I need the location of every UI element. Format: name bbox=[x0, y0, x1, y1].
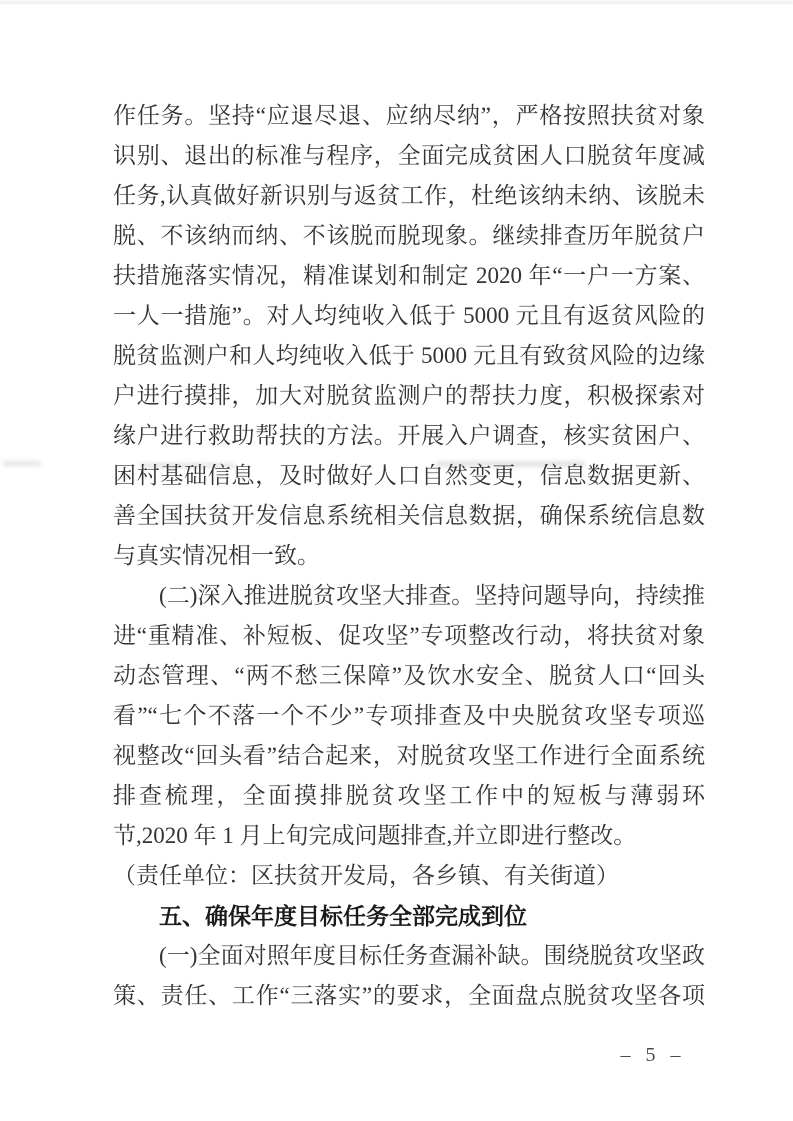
text-line: （责任单位：区扶贫开发局，各乡镇、有关街道） bbox=[113, 856, 705, 896]
text-line: 识别、退出的标准与程序，全面完成贫困人口脱贫年度减贫 bbox=[113, 136, 705, 176]
section-heading: 五、确保年度目标任务全部完成到位 bbox=[113, 896, 705, 936]
text-line: 善全国扶贫开发信息系统相关信息数据，确保系统信息数据 bbox=[113, 496, 705, 536]
text-line: 户进行摸排，加大对脱贫监测户的帮扶力度，积极探索对边 bbox=[113, 376, 705, 416]
text-line: 作任务。坚持“应退尽退、应纳尽纳”，严格按照扶贫对象 bbox=[113, 96, 705, 136]
text-line: 脱贫监测户和人均纯收入低于 5000 元且有致贫风险的边缘 bbox=[113, 336, 705, 376]
text-line: (二)深入推进脱贫攻坚大排查。坚持问题导向，持续推 bbox=[113, 576, 705, 616]
text-line: (一)全面对照年度目标任务查漏补缺。围绕脱贫攻坚政 bbox=[113, 936, 705, 976]
text-line: 看”“七个不落一个不少”专项排查及中央脱贫攻坚专项巡 bbox=[113, 696, 705, 736]
text-line: 脱、不该纳而纳、不该脱而脱现象。继续排查历年脱贫户帮 bbox=[113, 216, 705, 256]
text-line: 一人一措施”。对人均纯收入低于 5000 元且有返贫风险的 bbox=[113, 296, 705, 336]
text-line: 与真实情况相一致。 bbox=[113, 536, 705, 576]
text-line: 困村基础信息，及时做好人口自然变更，信息数据更新、完 bbox=[113, 456, 705, 496]
scan-artifact-top-line bbox=[0, 1, 793, 4]
text-line: 缘户进行救助帮扶的方法。开展入户调查，核实贫困户、贫 bbox=[113, 416, 705, 456]
text-line: 排查梳理，全面摸排脱贫攻坚工作中的短板与薄弱环 bbox=[113, 776, 705, 816]
text-line: 节,2020 年 1 月上旬完成问题排查,并立即进行整改。 bbox=[113, 816, 705, 856]
document-body: 作任务。坚持“应退尽退、应纳尽纳”，严格按照扶贫对象识别、退出的标准与程序，全面… bbox=[113, 96, 705, 1016]
text-line: 视整改“回头看”结合起来，对脱贫攻坚工作进行全面系统 bbox=[113, 736, 705, 776]
scan-smudge-artifact bbox=[3, 461, 41, 466]
document-page: 作任务。坚持“应退尽退、应纳尽纳”，严格按照扶贫对象识别、退出的标准与程序，全面… bbox=[0, 0, 793, 1121]
text-line: 扶措施落实情况，精准谋划和制定 2020 年“一户一方案、 bbox=[113, 256, 705, 296]
page-number: – 5 – bbox=[613, 1040, 693, 1070]
text-line: 策、责任、工作“三落实”的要求，全面盘点脱贫攻坚各项 bbox=[113, 976, 705, 1016]
text-line: 动态管理、“两不愁三保障”及饮水安全、脱贫人口“回头 bbox=[113, 656, 705, 696]
text-line: 任务,认真做好新识别与返贫工作，杜绝该纳未纳、该脱未 bbox=[113, 176, 705, 216]
text-line: 进“重精准、补短板、促攻坚”专项整改行动，将扶贫对象 bbox=[113, 616, 705, 656]
